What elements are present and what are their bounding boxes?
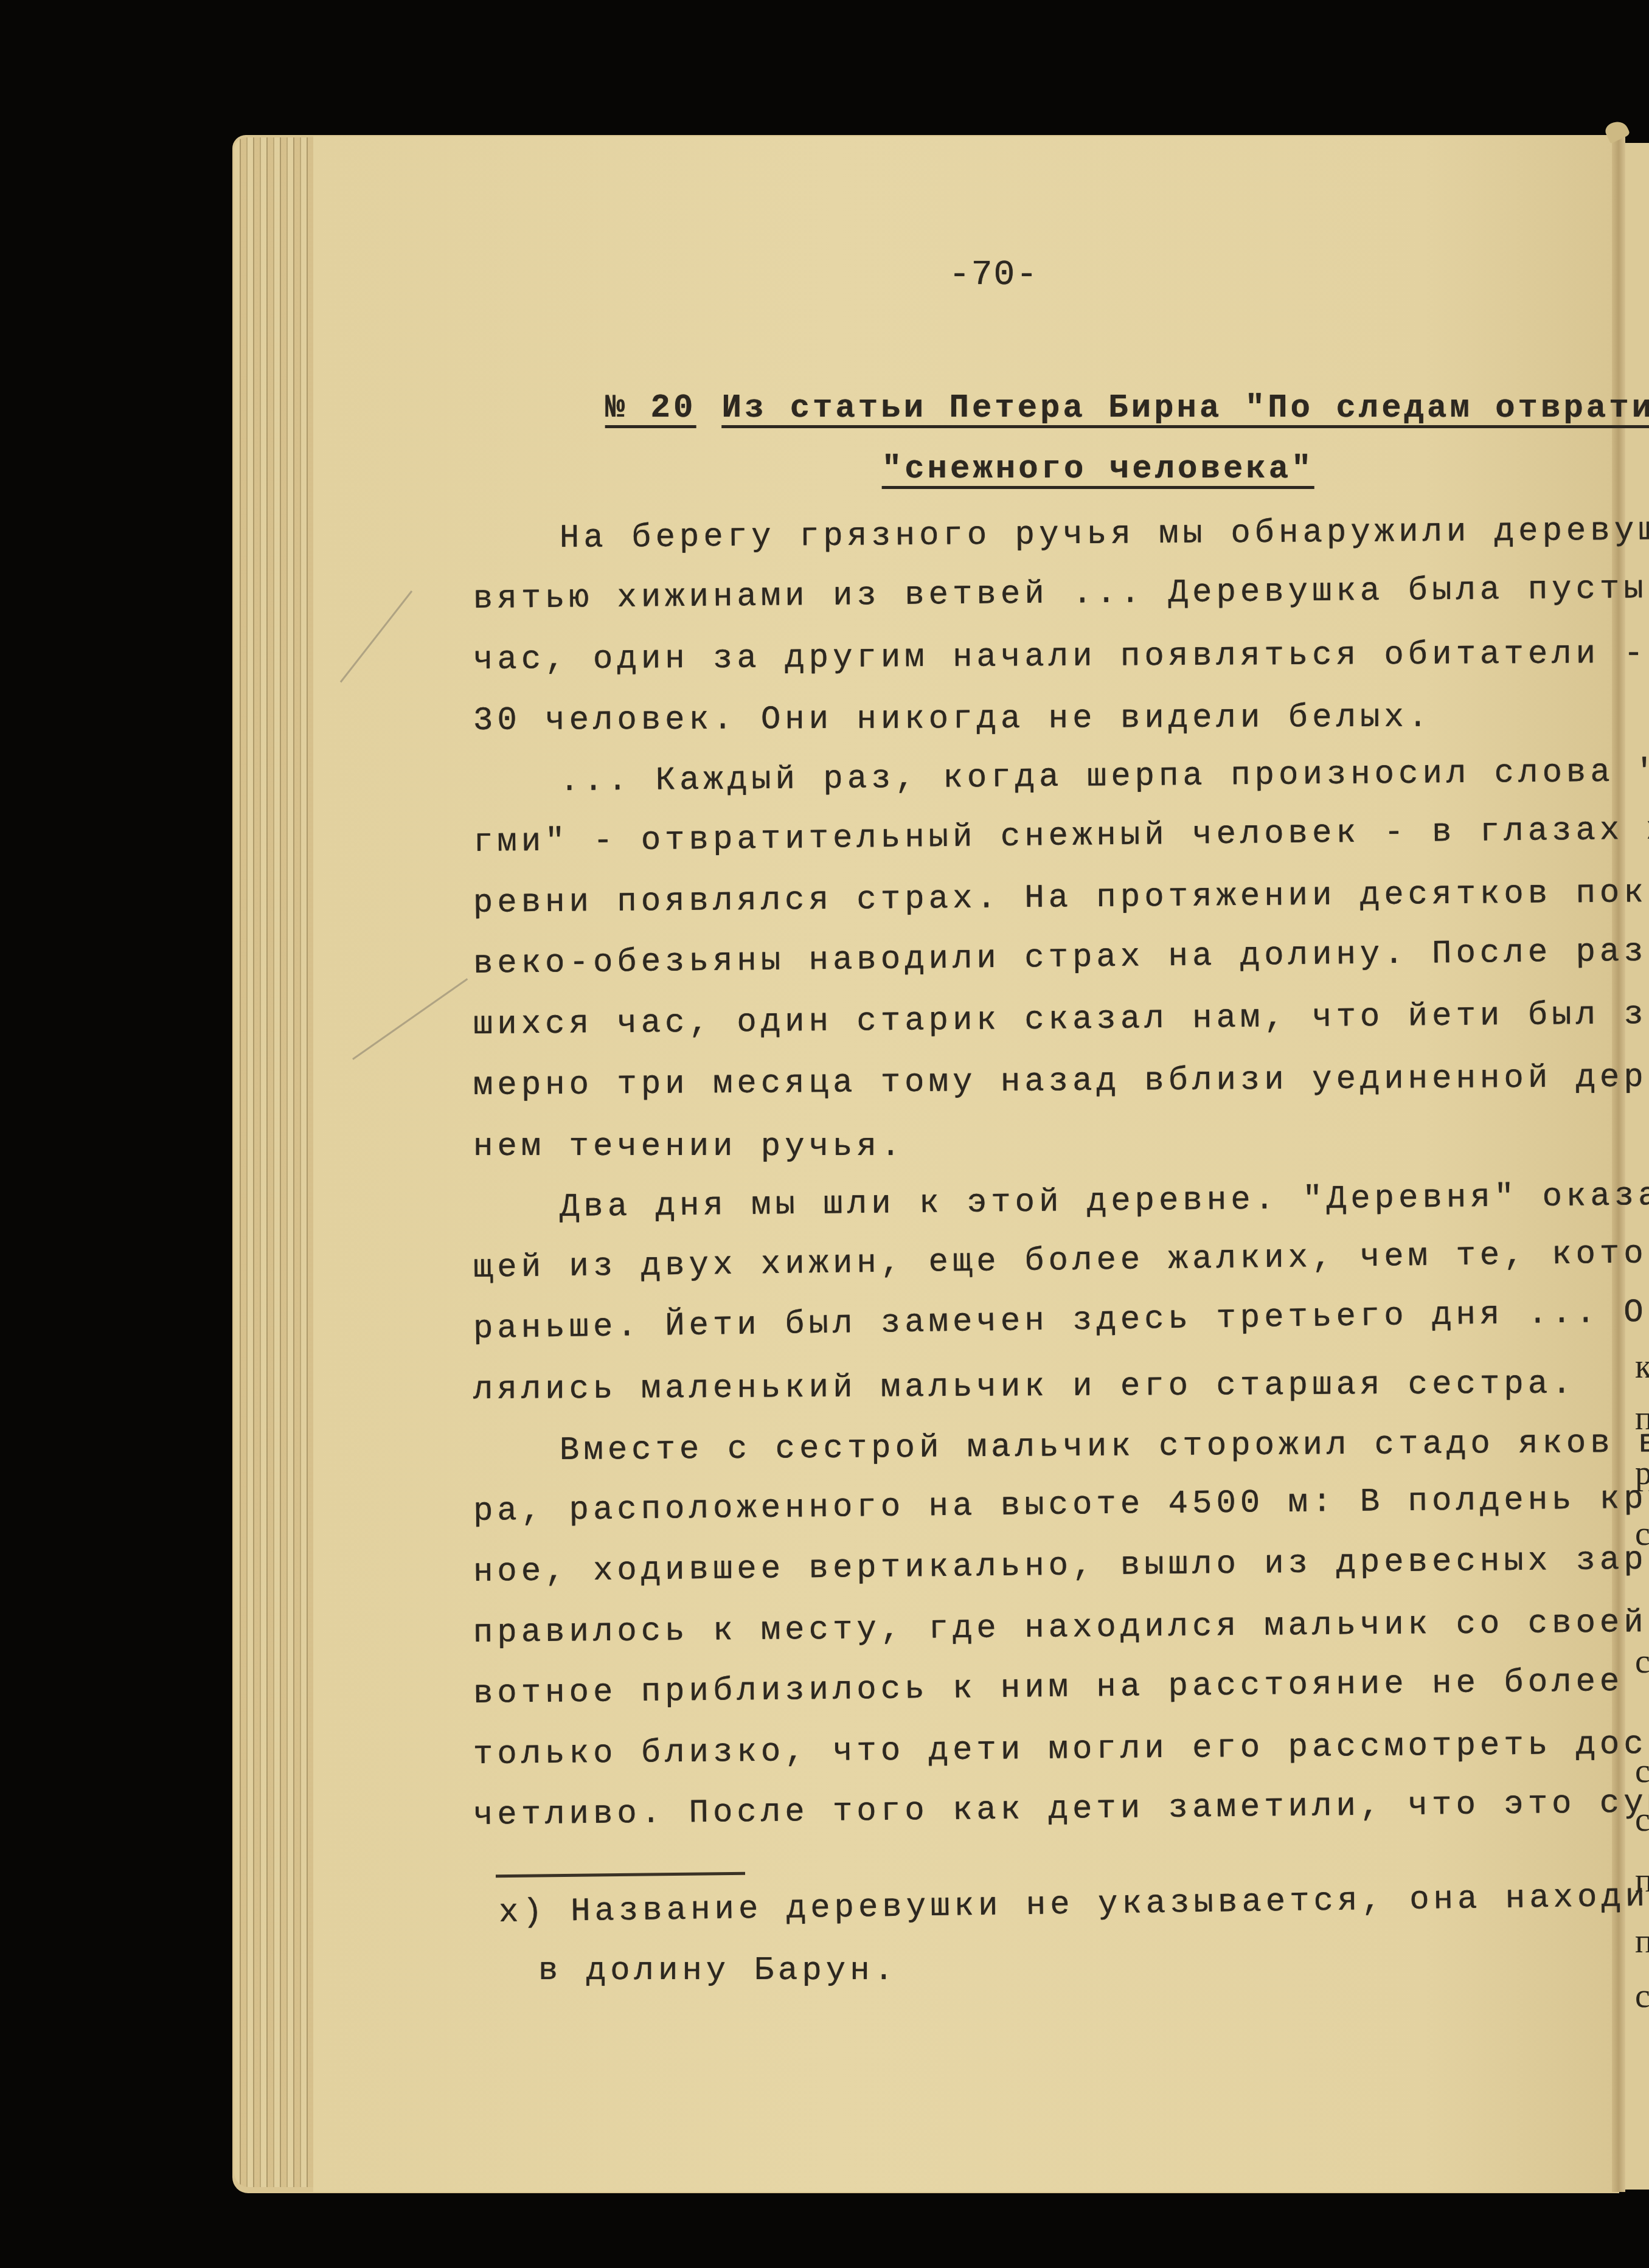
page-number: -70-	[949, 255, 1038, 295]
heading-title-line-2: "снежного человека"	[882, 451, 1314, 488]
body-line-text: На берегу грязного ручья мы обнаружили д…	[560, 512, 1649, 557]
facing-page-letter: к	[1635, 1347, 1649, 1386]
facing-page-letter: р	[1635, 1454, 1649, 1493]
facing-page-letter: с	[1635, 1642, 1649, 1681]
facing-page-letter: п	[1635, 1922, 1649, 1961]
facing-page-letter: с	[1635, 1514, 1649, 1553]
body-line: нем течении ручья.	[473, 1128, 904, 1165]
body-line: час, один за другим начали появляться об…	[473, 634, 1649, 679]
body-line-text: 30 человек. Они никогда не видели белых.	[473, 699, 1432, 740]
body-line-text: лялись маленький мальчик и его старшая с…	[473, 1366, 1576, 1409]
facing-page-letter: с	[1635, 1752, 1649, 1791]
document-heading-line-2: "снежного человека"	[836, 414, 1314, 488]
facing-page-letter: с	[1635, 1800, 1649, 1839]
facing-page-letter: п	[1635, 1399, 1649, 1438]
body-line-text: час, один за другим начали появляться об…	[473, 634, 1649, 679]
facing-page-letter: п	[1635, 1861, 1649, 1900]
body-line: 30 человек. Они никогда не видели белых.	[473, 699, 1432, 740]
page-edges	[234, 137, 316, 2187]
facing-page-letter: с	[1635, 1977, 1649, 2016]
body-line: лялись маленький мальчик и его старшая с…	[473, 1366, 1576, 1409]
footnote-line-2: в долину Барун.	[538, 1952, 898, 1989]
body-line-text: нем течении ручья.	[473, 1128, 904, 1165]
document-number: № 20	[605, 390, 696, 427]
